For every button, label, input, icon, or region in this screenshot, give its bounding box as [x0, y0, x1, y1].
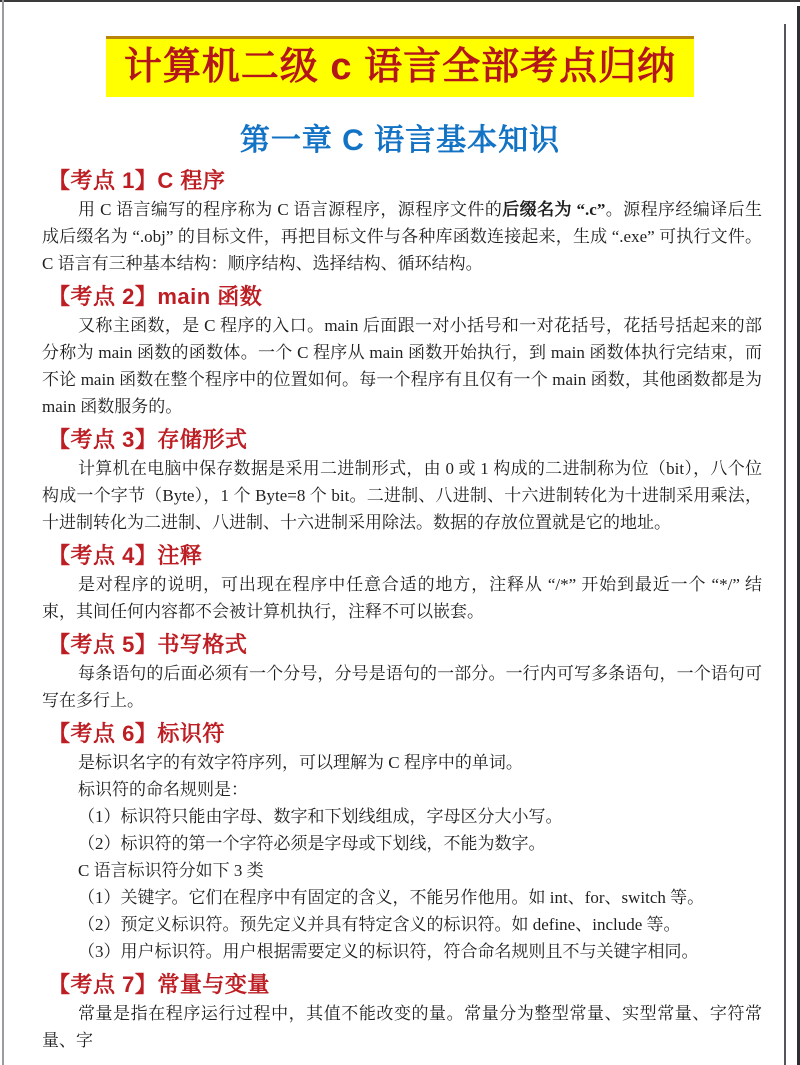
exam-point-heading: 【考点 5】书写格式 — [48, 632, 762, 657]
sections-container: 【考点 1】C 程序用 C 语言编写的程序称为 C 语言源程序，源程序文件的后缀… — [0, 159, 800, 1054]
page-border-right-inner — [784, 24, 786, 1065]
text-run: （2）预定义标识符。预先定义并具有特定含义的标识符。如 define、inclu… — [78, 915, 681, 934]
body-paragraph: 每条语句的后面必须有一个分号，分号是语句的一部分。一行内可写多条语句，一个语句可… — [42, 660, 762, 714]
text-run: 常量是指在程序运行过程中，其值不能改变的量。常量分为整型常量、实型常量、字符常量… — [42, 1004, 762, 1050]
body-paragraph: （3）用户标识符。用户根据需要定义的标识符，符合命名规则且不与关键字相同。 — [42, 938, 762, 965]
page-border-left — [2, 0, 4, 1065]
document-title: 计算机二级 c 语言全部考点归纳 — [124, 46, 676, 88]
body-paragraph: 用 C 语言编写的程序称为 C 语言源程序，源程序文件的后缀名为 “.c”。源程… — [42, 196, 762, 277]
body-paragraph: 是对程序的说明，可出现在程序中任意合适的地方，注释从 “/*” 开始到最近一个 … — [42, 571, 762, 625]
exam-point-heading: 【考点 4】注释 — [48, 543, 762, 568]
body-paragraph: 标识符的命名规则是： — [42, 776, 762, 803]
body-paragraph: （1）标识符只能由字母、数字和下划线组成，字母区分大小写。 — [42, 803, 762, 830]
text-run: （2）标识符的第一个字符必须是字母或下划线，不能为数字。 — [78, 834, 546, 853]
exam-point-heading: 【考点 1】C 程序 — [48, 168, 762, 193]
text-run: （3）用户标识符。用户根据需要定义的标识符，符合命名规则且不与关键字相同。 — [78, 942, 699, 961]
body-paragraph: 是标识名字的有效字符序列，可以理解为 C 程序中的单词。 — [42, 749, 762, 776]
text-run: 又称主函数，是 C 程序的入口。main 后面跟一对小括号和一对花括号，花括号括… — [42, 316, 762, 416]
body-paragraph: （2）标识符的第一个字符必须是字母或下划线，不能为数字。 — [42, 830, 762, 857]
text-run: 是标识名字的有效字符序列，可以理解为 C 程序中的单词。 — [78, 753, 523, 772]
emphasized-text: 后缀名为 “.c” — [502, 200, 605, 219]
body-paragraph: （1）关键字。它们在程序中有固定的含义，不能另作他用。如 int、for、swi… — [42, 884, 762, 911]
text-run: 标识符的命名规则是： — [78, 780, 248, 799]
text-run: （1）关键字。它们在程序中有固定的含义，不能另作他用。如 int、for、swi… — [78, 888, 704, 907]
body-paragraph: 又称主函数，是 C 程序的入口。main 后面跟一对小括号和一对花括号，花括号括… — [42, 312, 762, 420]
document-page: 计算机二级 c 语言全部考点归纳 第一章 C 语言基本知识 【考点 1】C 程序… — [0, 0, 800, 1065]
text-run: （1）标识符只能由字母、数字和下划线组成，字母区分大小写。 — [78, 807, 563, 826]
text-run: C 语言标识符分如下 3 类 — [78, 861, 264, 880]
body-paragraph: 常量是指在程序运行过程中，其值不能改变的量。常量分为整型常量、实型常量、字符常量… — [42, 1000, 762, 1054]
exam-point-heading: 【考点 3】存储形式 — [48, 427, 762, 452]
body-paragraph: （2）预定义标识符。预先定义并具有特定含义的标识符。如 define、inclu… — [42, 911, 762, 938]
text-run: 是对程序的说明，可出现在程序中任意合适的地方，注释从 “/*” 开始到最近一个 … — [42, 575, 762, 621]
text-run: 用 C 语言编写的程序称为 C 语言源程序，源程序文件的 — [78, 200, 502, 219]
title-banner: 计算机二级 c 语言全部考点归纳 — [106, 36, 694, 97]
chapter-heading: 第一章 C 语言基本知识 — [0, 123, 800, 159]
body-paragraph: 计算机在电脑中保存数据是采用二进制形式，由 0 或 1 构成的二进制称为位（bi… — [42, 455, 762, 536]
text-run: 计算机在电脑中保存数据是采用二进制形式，由 0 或 1 构成的二进制称为位（bi… — [42, 459, 762, 532]
exam-point-heading: 【考点 7】常量与变量 — [48, 972, 762, 997]
text-run: 每条语句的后面必须有一个分号，分号是语句的一部分。一行内可写多条语句，一个语句可… — [42, 664, 762, 710]
exam-point-heading: 【考点 6】标识符 — [48, 721, 762, 746]
body-paragraph: C 语言标识符分如下 3 类 — [42, 857, 762, 884]
page-border-top — [0, 0, 800, 2]
exam-point-heading: 【考点 2】main 函数 — [48, 284, 762, 309]
